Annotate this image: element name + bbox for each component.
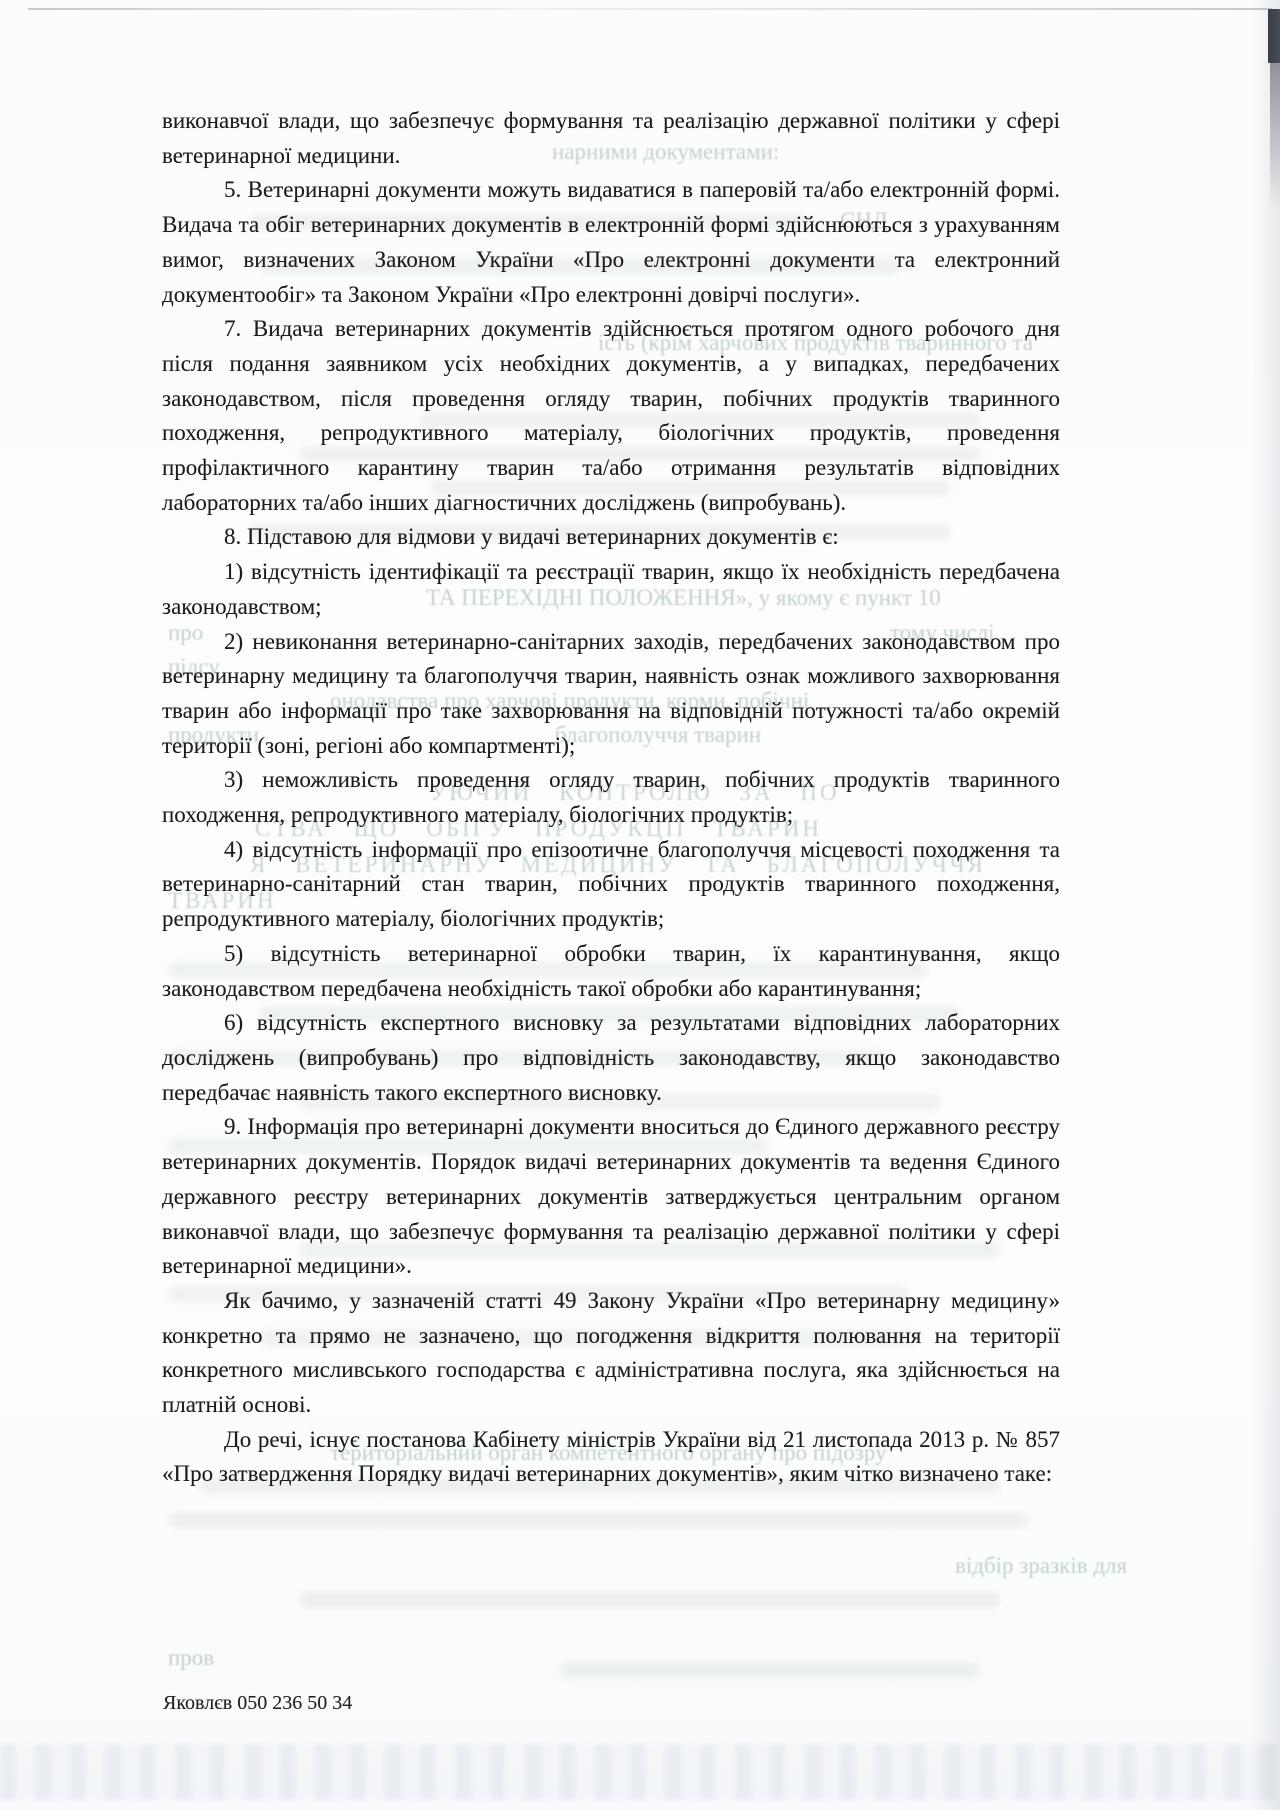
paragraph: 6) відсутність експертного висновку за р… bbox=[162, 1006, 1060, 1110]
scan-top-edge-line bbox=[28, 8, 1272, 10]
paragraph: 3) неможливість проведення огляду тварин… bbox=[162, 763, 1060, 832]
paragraph: 9. Інформація про ветеринарні документи … bbox=[162, 1110, 1060, 1284]
paragraph: 4) відсутність інформації про епізоотичн… bbox=[162, 833, 1060, 937]
paragraph: 2) невиконання ветеринарно-санітарних за… bbox=[162, 625, 1060, 764]
bleedthrough-text: пров bbox=[168, 1645, 214, 1671]
document-body: виконавчої влади, що забезпечує формуван… bbox=[162, 104, 1060, 1492]
paragraph: виконавчої влади, що забезпечує формуван… bbox=[162, 104, 1060, 173]
paragraph: 5. Ветеринарні документи можуть видавати… bbox=[162, 173, 1060, 312]
paragraph: 1) відсутність ідентифікації та реєстрац… bbox=[162, 555, 1060, 624]
paragraph: До речі, існує постанова Кабінету мініст… bbox=[162, 1423, 1060, 1492]
paragraph: 7. Видача ветеринарних документів здійсн… bbox=[162, 312, 1060, 520]
scan-right-edge-shadow bbox=[1250, 0, 1280, 1810]
bleedthrough-smudge bbox=[560, 1662, 980, 1678]
paragraph: Як бачимо, у зазначеній статті 49 Закону… bbox=[162, 1284, 1060, 1423]
bleedthrough-smudge bbox=[168, 1512, 1028, 1528]
paragraph: 8. Підставою для відмови у видачі ветери… bbox=[162, 520, 1060, 555]
paragraph: 5) відсутність ветеринарної обробки твар… bbox=[162, 937, 1060, 1006]
scanned-page: нарними документами: СНД ість (крім харч… bbox=[0, 0, 1280, 1810]
bleedthrough-smudge bbox=[300, 1592, 1000, 1608]
bleedthrough-text: відбір зразків для bbox=[955, 1553, 1127, 1579]
scan-bottom-band bbox=[0, 1744, 1280, 1800]
footer-contact: Яковлєв 050 236 50 34 bbox=[163, 1692, 352, 1715]
